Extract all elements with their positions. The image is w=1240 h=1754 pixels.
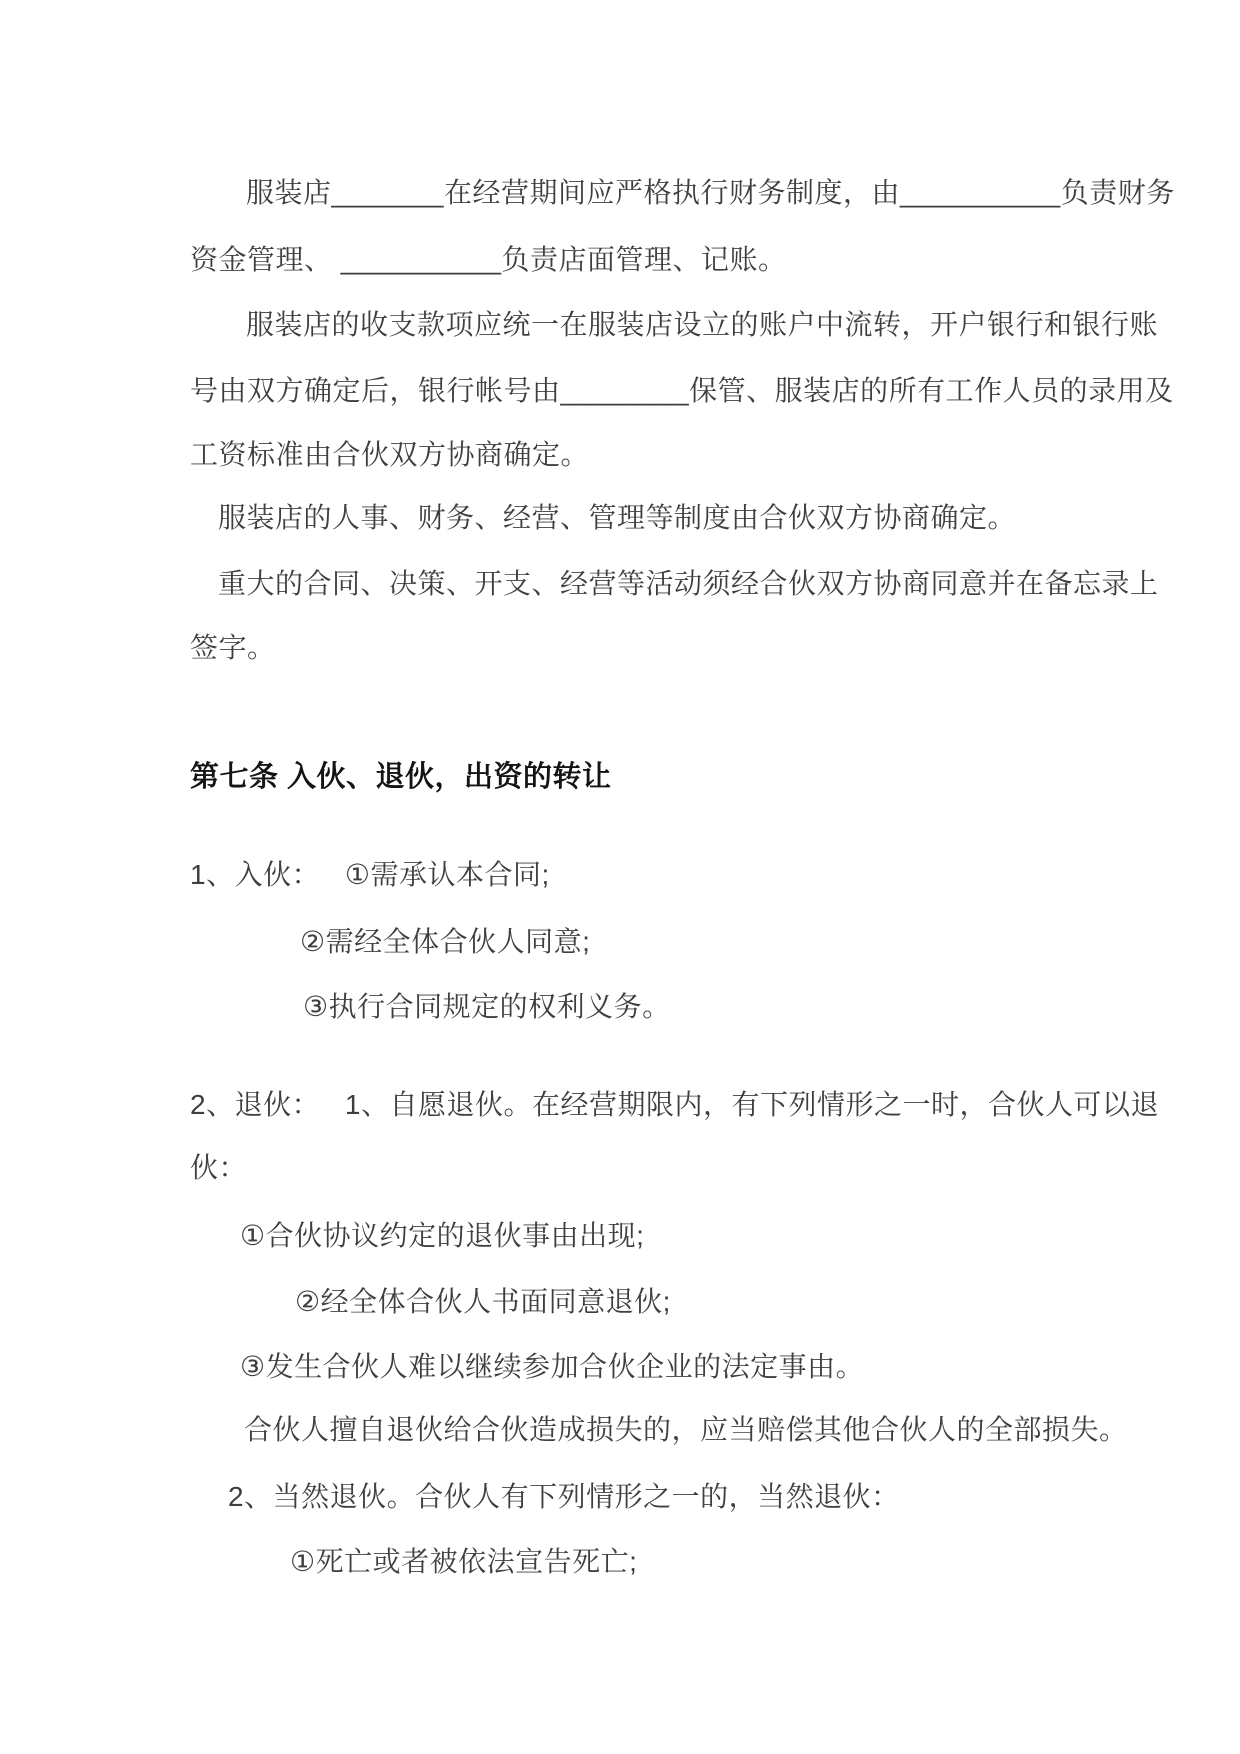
account-paragraph-line-2: 号由双方确定后，银行帐号由________保管、服装店的所有工作人员的录用及 — [190, 374, 1174, 408]
voluntary-withdraw-item-3: ③发生合伙人难以继续参加合伙企业的法定事由。 — [240, 1350, 864, 1384]
account-paragraph-line-3: 工资标准由合伙双方协商确定。 — [190, 438, 589, 472]
natural-withdraw-item-1: ①死亡或者被依法宣告死亡; — [290, 1545, 637, 1579]
withdraw-intro-line-1: 2、退伙： 1、自愿退伙。在经营期限内，有下列情形之一时，合伙人可以退 — [190, 1088, 1159, 1122]
rules-paragraph: 服装店的人事、财务、经营、管理等制度由合伙双方协商确定。 — [218, 501, 1016, 535]
finance-paragraph-line-2: 资金管理、 __________负责店面管理、记账。 — [190, 243, 787, 277]
major-decisions-line-1: 重大的合同、决策、开支、经营等活动须经合伙双方协商同意并在备忘录上 — [218, 567, 1159, 601]
join-item-3: ③执行合同规定的权利义务。 — [303, 990, 671, 1024]
natural-withdraw-intro: 2、当然退伙。合伙人有下列情形之一的，当然退伙： — [228, 1480, 900, 1514]
article-7-heading: 第七条 入伙、退伙，出资的转让 — [190, 760, 612, 794]
account-paragraph-line-1: 服装店的收支款项应统一在服装店设立的账户中流转，开户银行和银行账 — [246, 308, 1158, 342]
join-item-2: ②需经全体合伙人同意; — [300, 925, 590, 959]
join-item-1: 1、入伙： ①需承认本合同; — [190, 858, 550, 892]
voluntary-withdraw-item-1: ①合伙协议约定的退伙事由出现; — [240, 1219, 644, 1253]
withdraw-intro-line-2: 伙： — [190, 1151, 247, 1185]
major-decisions-line-2: 签字。 — [190, 631, 276, 665]
withdraw-damages-paragraph: 合伙人擅自退伙给合伙造成损失的，应当赔偿其他合伙人的全部损失。 — [244, 1413, 1128, 1447]
voluntary-withdraw-item-2: ②经全体合伙人书面同意退伙; — [295, 1285, 671, 1319]
finance-paragraph-line-1: 服装店_______在经营期间应严格执行财务制度，由__________负责财务 — [246, 176, 1175, 210]
document-page: 服装店_______在经营期间应严格执行财务制度，由__________负责财务… — [0, 0, 1240, 1754]
